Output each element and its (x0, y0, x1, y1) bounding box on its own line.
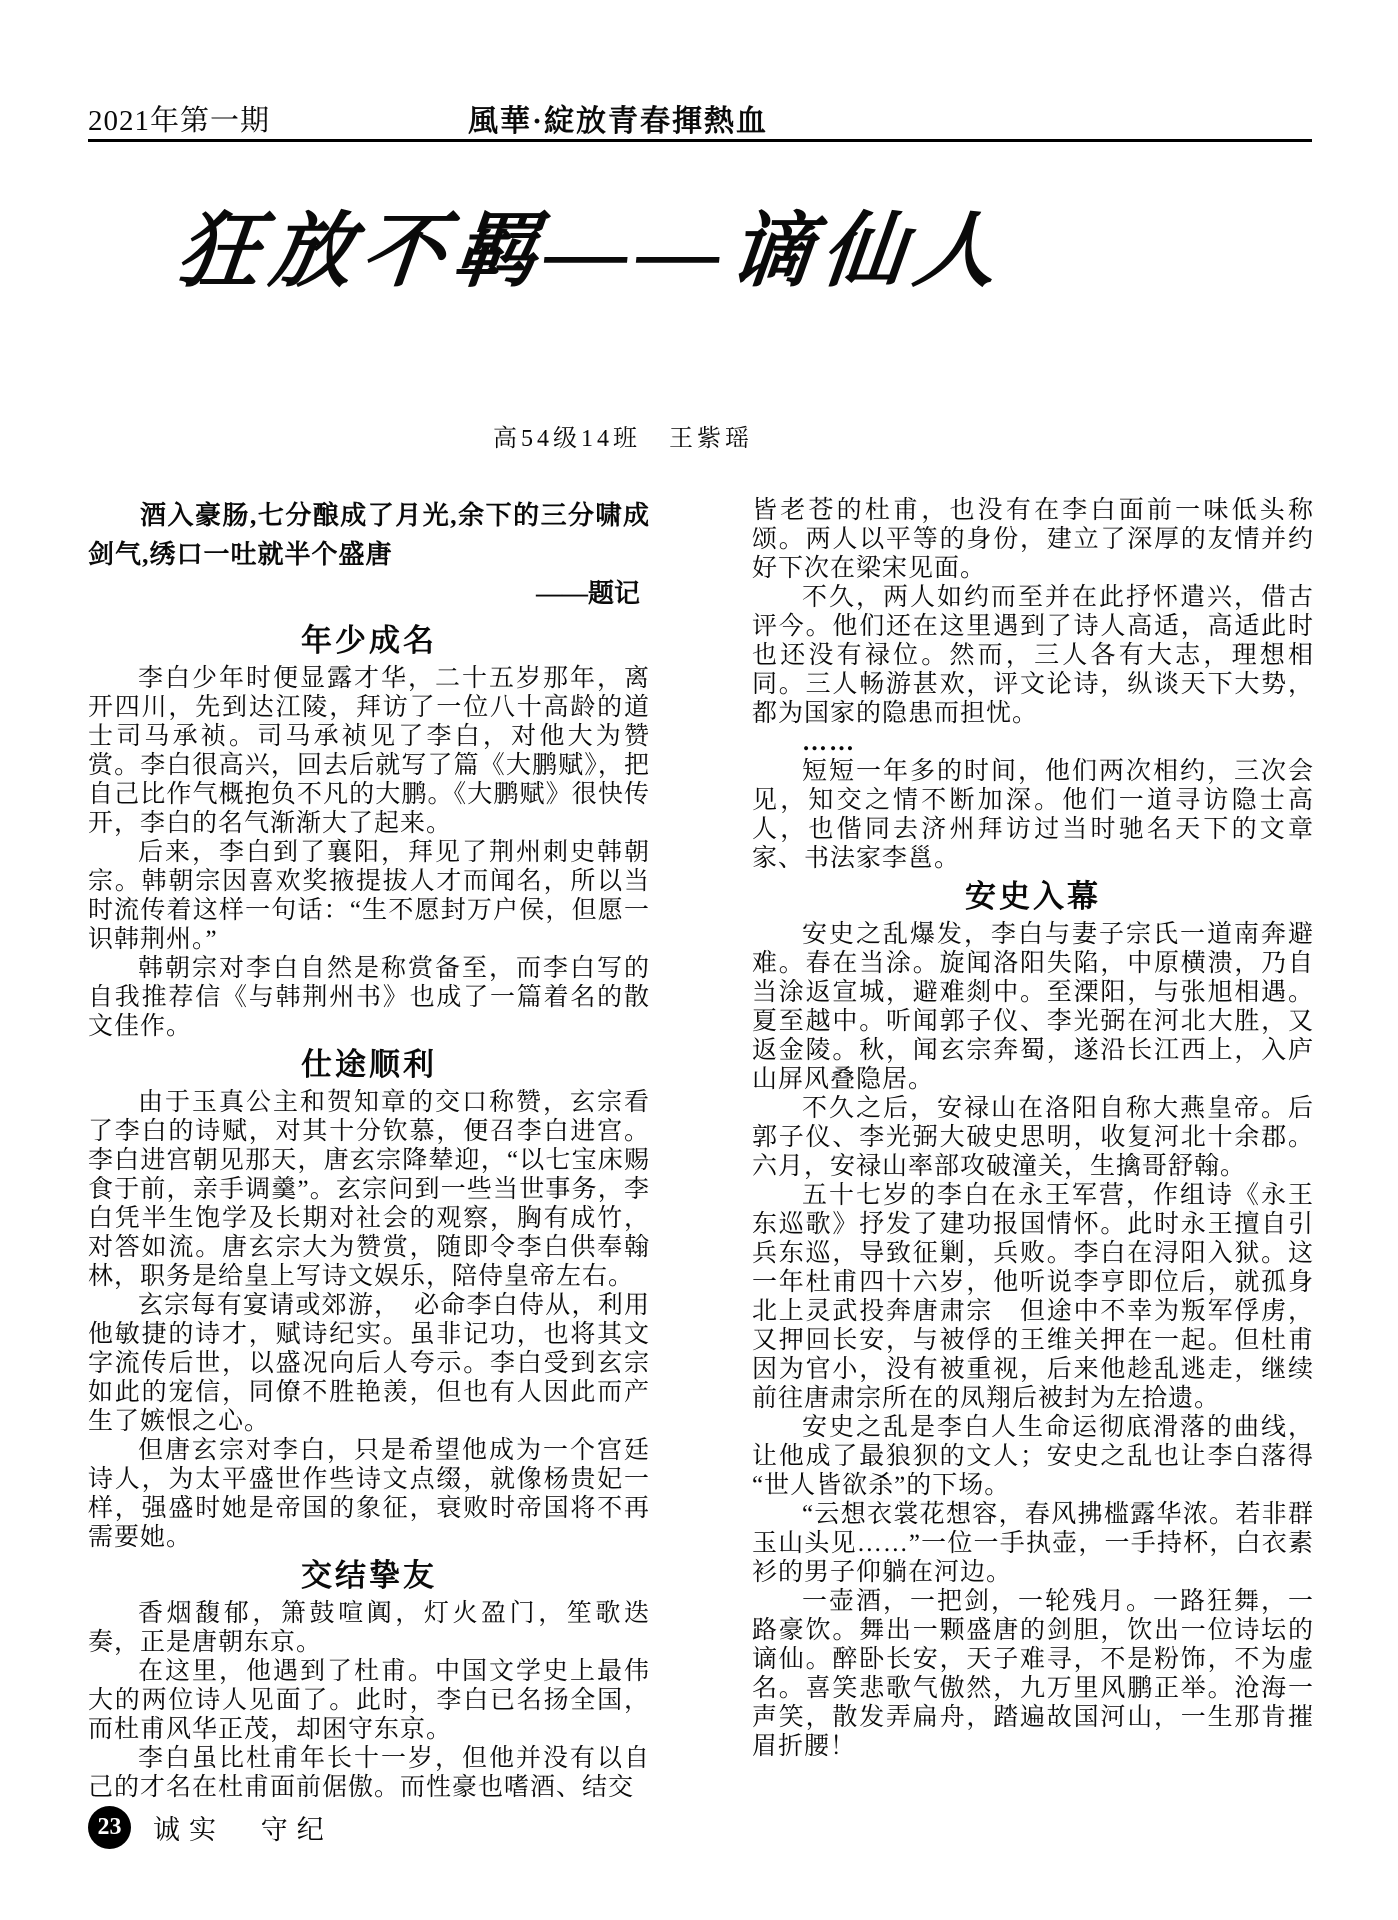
section-heading: 交结挚友 (88, 1557, 650, 1595)
issue-label: 2021年第一期 (88, 98, 270, 139)
section-heading: 安史入幕 (752, 878, 1314, 916)
right-column: 皆老苍的杜甫，也没有在李白面前一味低头称颂。两人以平等的身份，建立了深厚的友情并… (752, 496, 1314, 1802)
paragraph: 五十七岁的李白在永王军营，作组诗《永王东巡歌》抒发了建功报国情怀。此时永王擅自引… (752, 1181, 1314, 1413)
paragraph: 不久之后，安禄山在洛阳自称大燕皇帝。后郭子仪、李光弼大破史思明，收复河北十余郡。… (752, 1094, 1314, 1181)
page-number-badge: 23 (88, 1806, 131, 1849)
paragraph: “云想衣裳花想容，春风拂槛露华浓。若非群玉山头见……”一位一手执壶，一手持杯，白… (752, 1500, 1314, 1587)
section-heading: 仕途顺利 (88, 1046, 650, 1084)
header-rule (88, 139, 1312, 142)
paragraph: 后来，李白到了襄阳，拜见了荆州刺史韩朝宗。韩朝宗因喜欢奖掖提拔人才而闻名，所以当… (88, 838, 650, 954)
paragraph: 玄宗每有宴请或郊游， 必命李白侍从，利用他敏捷的诗才，赋诗纪实。虽非记功，也将其… (88, 1291, 650, 1436)
epigraph: 酒入豪肠,七分酿成了月光,余下的三分啸成剑气,绣口一吐就半个盛唐 (88, 496, 650, 574)
magazine-page: 2021年第一期 風華·綻放青春揮熱血 狂放不羁——谪仙人 高54级14班 王紫… (0, 0, 1398, 1920)
paragraph: 韩朝宗对李白自然是称赏备至，而李白写的自我推荐信《与韩荆州书》也成了一篇着名的散… (88, 954, 650, 1041)
paragraph: 安史之乱爆发，李白与妻子宗氏一道南奔避难。春在当涂。旋闻洛阳失陷，中原横溃，乃自… (752, 920, 1314, 1094)
section-heading: 年少成名 (88, 622, 650, 660)
paragraph: 由于玉真公主和贺知章的交口称赞，玄宗看了李白的诗赋，对其十分钦慕，便召李白进宫。… (88, 1088, 650, 1291)
article-body: 酒入豪肠,七分酿成了月光,余下的三分啸成剑气,绣口一吐就半个盛唐——题记年少成名… (88, 496, 1314, 1802)
paragraph: 香烟馥郁，箫鼓喧阗，灯火盈门，笙歌迭奏，正是唐朝东京。 (88, 1599, 650, 1657)
paragraph: 短短一年多的时间，他们两次相约，三次会见，知交之情不断加深。他们一道寻访隐士高人… (752, 757, 1314, 873)
paragraph: 在这里，他遇到了杜甫。中国文学史上最伟大的两位诗人见面了。此时，李白已名扬全国，… (88, 1657, 650, 1744)
epigraph-attribution: ——题记 (88, 576, 650, 612)
paragraph: 李白少年时便显露才华，二十五岁那年，离开四川，先到达江陵，拜访了一位八十高龄的道… (88, 664, 650, 838)
magazine-title: 風華·綻放青春揮熱血 (468, 96, 768, 140)
page-footer: 23 诚实 守纪 (88, 1806, 333, 1849)
article-title: 狂放不羁——谪仙人 (82, 186, 1104, 303)
paragraph: 一壶酒，一把剑，一轮残月。一路狂舞，一路豪饮。舞出一颗盛唐的剑胆，饮出一位诗坛的… (752, 1587, 1314, 1761)
paragraph: 安史之乱是李白人生命运彻底滑落的曲线，让他成了最狼狈的文人；安史之乱也让李白落得… (752, 1413, 1314, 1500)
paragraph: 李白虽比杜甫年长十一岁，但他并没有以自己的才名在杜甫面前倨傲。而性豪也嗜酒、结交 (88, 1744, 650, 1802)
left-column: 酒入豪肠,七分酿成了月光,余下的三分啸成剑气,绣口一吐就半个盛唐——题记年少成名… (88, 496, 650, 1802)
paragraph: 不久，两人如约而至并在此抒怀遣兴，借古评今。他们还在这里遇到了诗人高适，高适此时… (752, 583, 1314, 728)
paragraph: …… (752, 728, 1314, 757)
footer-motto: 诚实 守纪 (153, 1808, 333, 1847)
paragraph: 但唐玄宗对李白，只是希望他成为一个宫廷诗人，为太平盛世作些诗文点缀，就像杨贵妃一… (88, 1436, 650, 1552)
byline: 高54级14班 王紫瑶 (88, 418, 1158, 453)
page-header: 2021年第一期 風華·綻放青春揮熱血 (88, 94, 1312, 136)
paragraph: 皆老苍的杜甫，也没有在李白面前一味低头称颂。两人以平等的身份，建立了深厚的友情并… (752, 496, 1314, 583)
